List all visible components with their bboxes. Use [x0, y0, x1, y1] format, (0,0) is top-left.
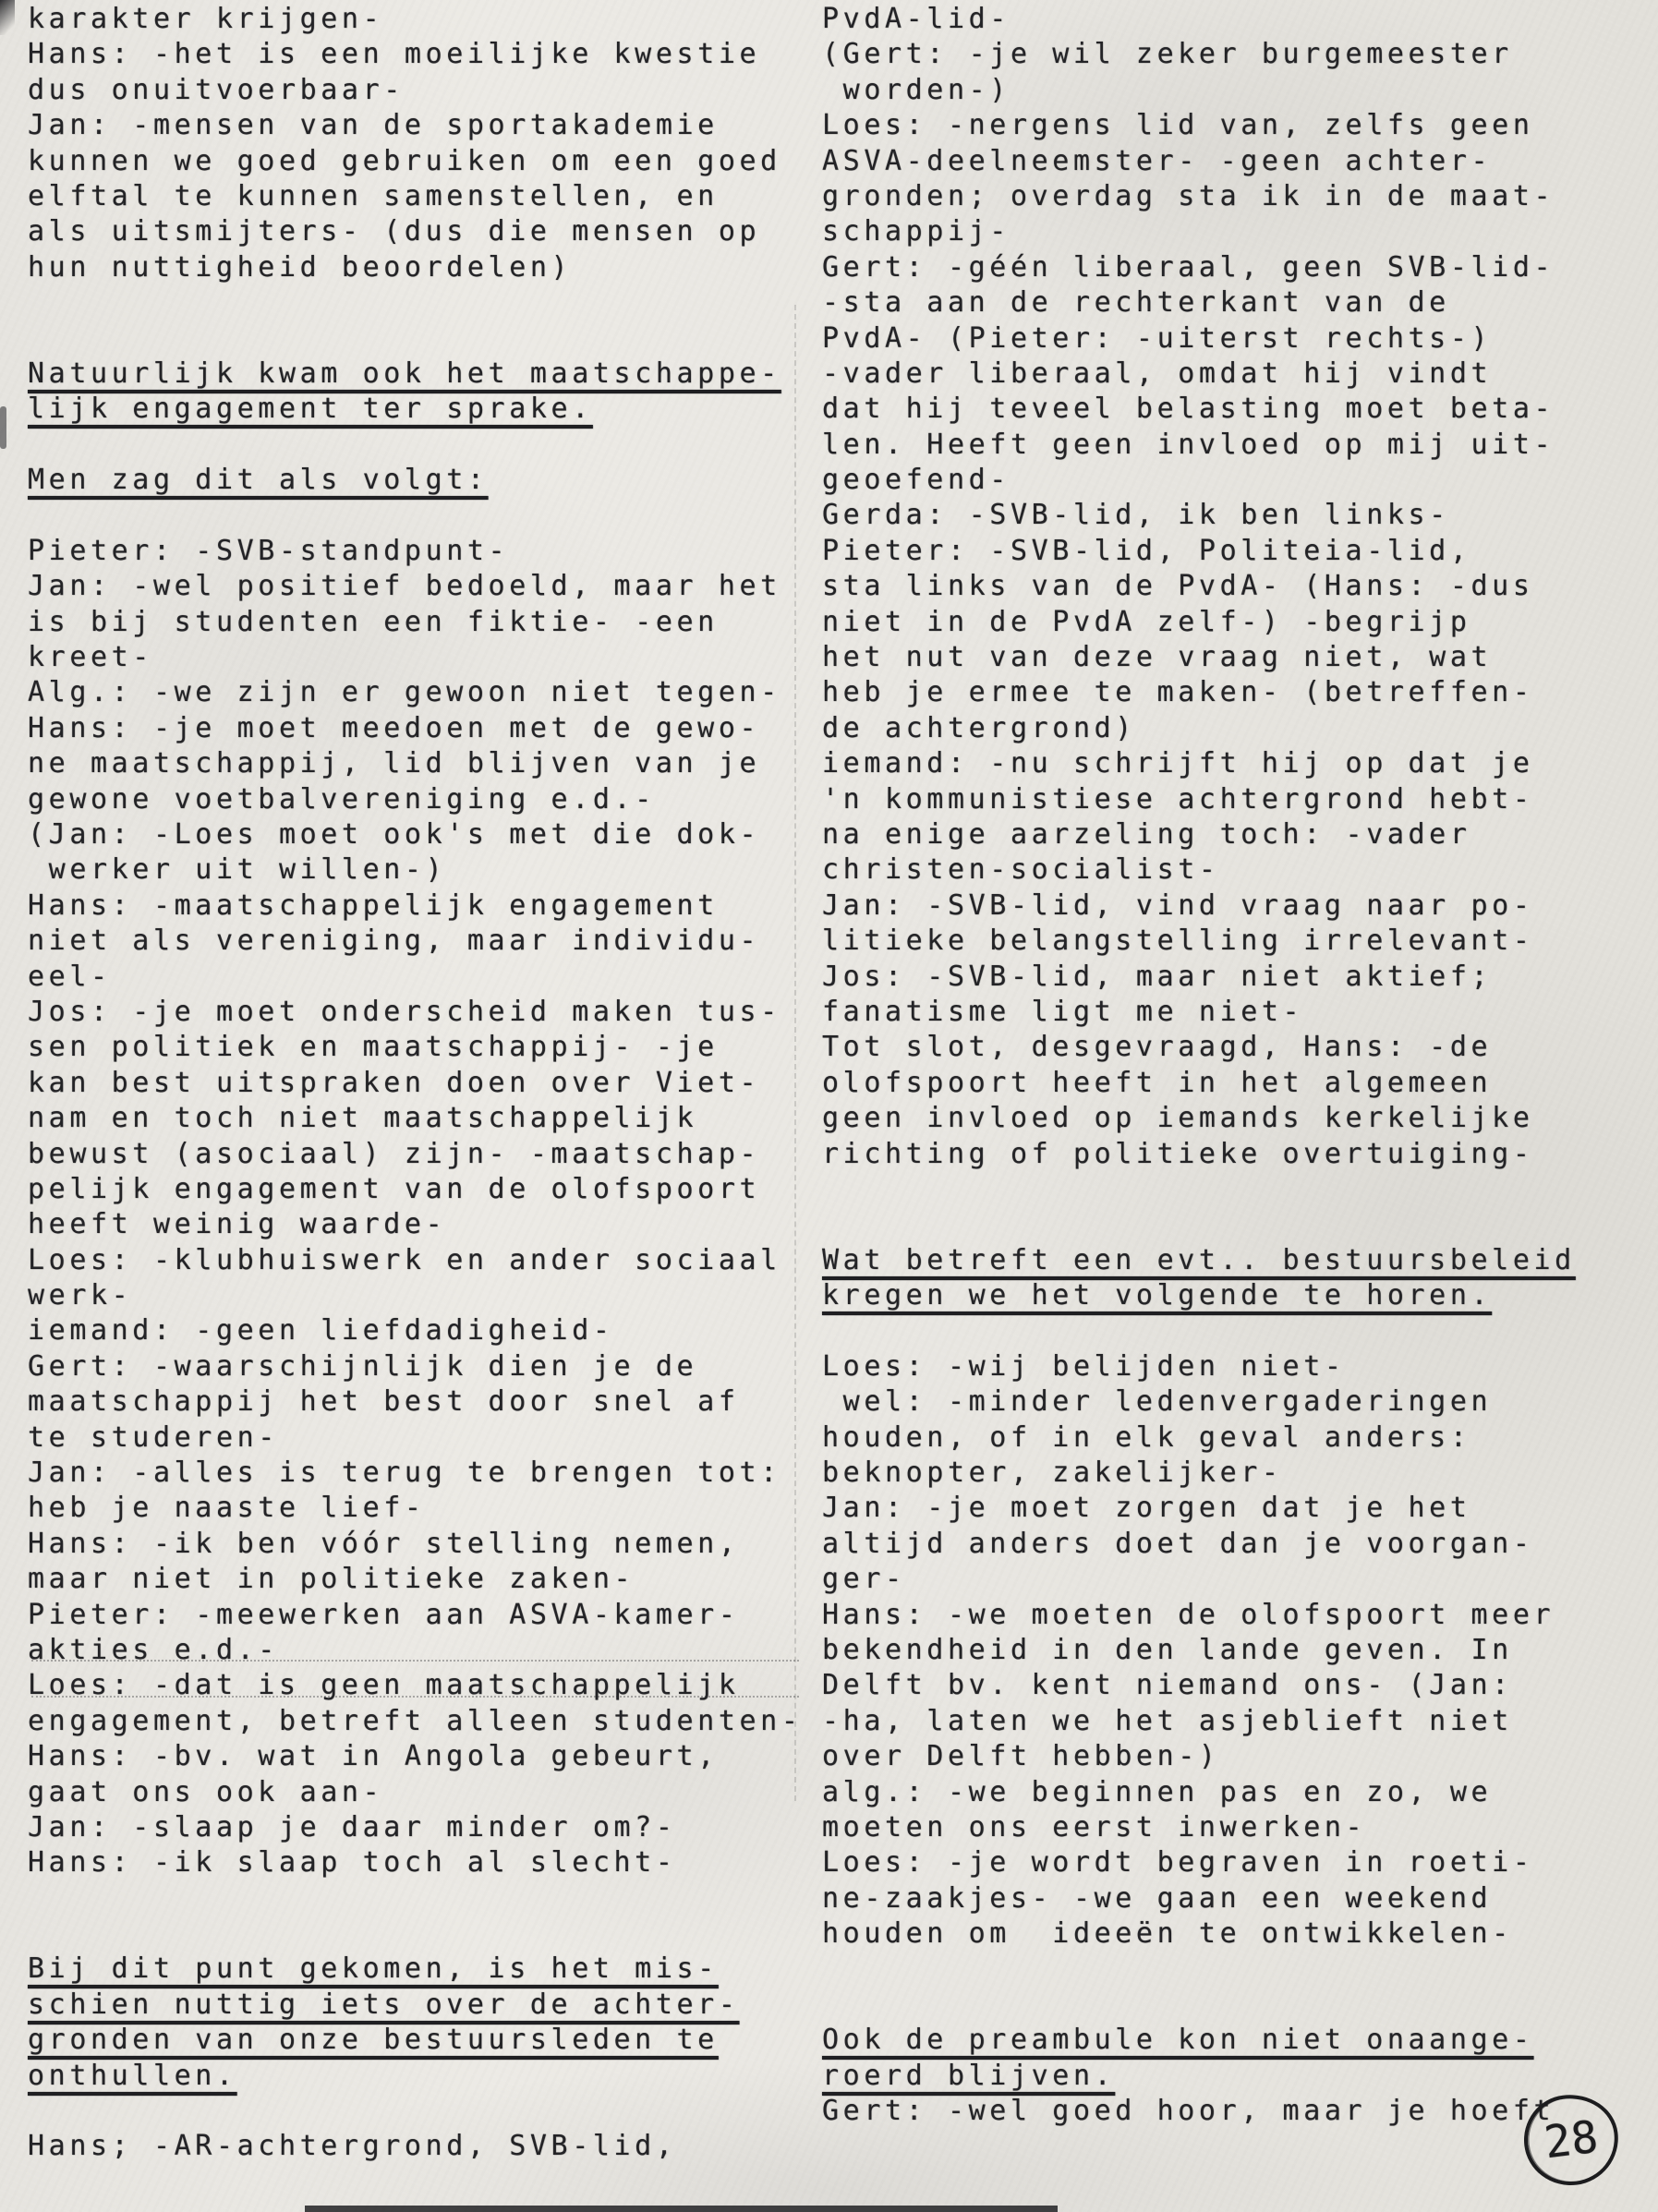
text-line	[822, 1952, 1640, 1987]
text-line: worden-)	[822, 73, 1640, 108]
text-line: Gert: -wel goed hoor, maar je hoeft	[822, 2094, 1640, 2129]
text-line: 'n kommunistiese achtergrond hebt-	[822, 782, 1640, 817]
text-line: iemand: -nu schrijft hij op dat je	[822, 746, 1640, 781]
heading-line: Bij dit punt gekomen, is het mis-	[28, 1952, 799, 1987]
text-line: Pieter: -SVB-standpunt-	[28, 534, 799, 569]
text-line: olofspoort heeft in het algemeen	[822, 1066, 1640, 1101]
text-line: het nut van deze vraag niet, wat	[822, 640, 1640, 675]
text-line: Hans: -ik ben vóór stelling nemen,	[28, 1527, 799, 1562]
text-line: geen invloed op iemands kerkelijke	[822, 1101, 1640, 1136]
text-line: Gert: -géén liberaal, geen SVB-lid-	[822, 250, 1640, 285]
text-line: -ha, laten we het asjeblieft niet	[822, 1704, 1640, 1739]
text-line: maar niet in politieke zaken-	[28, 1562, 799, 1597]
heading-line: schien nuttig iets over de achter-	[28, 1988, 799, 2023]
text-line: gaat ons ook aan-	[28, 1775, 799, 1810]
text-line: beknopter, zakelijker-	[822, 1456, 1640, 1491]
text-line	[28, 498, 799, 533]
text-line: heb je ermee te maken- (betreffen-	[822, 675, 1640, 710]
text-line: sen politiek en maatschappij- -je	[28, 1030, 799, 1065]
text-line: niet als vereniging, maar individu-	[28, 924, 799, 959]
heading-line: Men zag dit als volgt:	[28, 463, 799, 498]
text-line: eel-	[28, 960, 799, 995]
text-line: kan best uitspraken doen over Viet-	[28, 1066, 799, 1101]
text-line	[28, 285, 799, 320]
text-line: Hans; -AR-achtergrond, SVB-lid,	[28, 2129, 799, 2164]
text-line: te studeren-	[28, 1420, 799, 1456]
text-line: Jan: -slaap je daar minder om?-	[28, 1810, 799, 1845]
text-line: kreet-	[28, 640, 799, 675]
heading-line: lijk engagement ter sprake.	[28, 392, 799, 427]
left-text-column: karakter krijgen-Hans: -het is een moeil…	[28, 2, 799, 2165]
text-line: dat hij teveel belasting moet beta-	[822, 392, 1640, 427]
text-line: Gerda: -SVB-lid, ik ben links-	[822, 498, 1640, 533]
scan-artifact-bottom-bar	[305, 2206, 1058, 2212]
text-line: heb je naaste lief-	[28, 1491, 799, 1526]
text-line: Loes: -nergens lid van, zelfs geen	[822, 108, 1640, 143]
text-line	[822, 1207, 1640, 1242]
text-line: werk-	[28, 1278, 799, 1313]
text-line	[822, 1988, 1640, 2023]
text-line: Jan: -je moet zorgen dat je het	[822, 1491, 1640, 1526]
text-line: Tot slot, desgevraagd, Hans: -de	[822, 1030, 1640, 1065]
text-line: houden, of in elk geval anders:	[822, 1420, 1640, 1456]
text-line: fanatisme ligt me niet-	[822, 995, 1640, 1030]
text-line: -vader liberaal, omdat hij vindt	[822, 357, 1640, 392]
text-line: ASVA-deelneemster- -geen achter-	[822, 144, 1640, 179]
text-line: na enige aarzeling toch: -vader	[822, 817, 1640, 852]
text-line: alg.: -we beginnen pas en zo, we	[822, 1775, 1640, 1810]
text-line	[28, 2094, 799, 2129]
text-line: Loes: -wij belijden niet-	[822, 1349, 1640, 1384]
text-line: Jan: -alles is terug te brengen tot:	[28, 1456, 799, 1491]
heading-line: onthullen.	[28, 2059, 799, 2094]
heading-line: Wat betreft een evt.. bestuursbeleid	[822, 1243, 1640, 1278]
text-line: heeft weinig waarde-	[28, 1207, 799, 1242]
text-line: Hans: -ik slaap toch al slecht-	[28, 1845, 799, 1880]
text-line: geoefend-	[822, 463, 1640, 498]
text-line: pelijk engagement van de olofspoort	[28, 1172, 799, 1207]
text-line: Hans: -je moet meedoen met de gewo-	[28, 711, 799, 746]
text-line: ger-	[822, 1562, 1640, 1597]
text-line: werker uit willen-)	[28, 852, 799, 888]
text-line: Gert: -waarschijnlijk dien je de	[28, 1349, 799, 1384]
text-line: hun nuttigheid beoordelen)	[28, 250, 799, 285]
text-line: Loes: -dat is geen maatschappelijk	[28, 1668, 799, 1703]
text-line: Alg.: -we zijn er gewoon niet tegen-	[28, 675, 799, 710]
text-line	[28, 1916, 799, 1952]
text-line: (Gert: -je wil zeker burgemeester	[822, 37, 1640, 72]
text-line: christen-socialist-	[822, 852, 1640, 888]
text-line: PvdA- (Pieter: -uiterst rechts-)	[822, 321, 1640, 357]
text-line: nam en toch niet maatschappelijk	[28, 1101, 799, 1136]
text-line: als uitsmijters- (dus die mensen op	[28, 214, 799, 249]
heading-line: Natuurlijk kwam ook het maatschappe-	[28, 357, 799, 392]
text-line: karakter krijgen-	[28, 2, 799, 37]
text-line: Delft bv. kent niemand ons- (Jan:	[822, 1668, 1640, 1703]
text-line: litieke belangstelling irrelevant-	[822, 924, 1640, 959]
text-line: iemand: -geen liefdadigheid-	[28, 1313, 799, 1348]
right-text-column: PvdA-lid-(Gert: -je wil zeker burgemeest…	[822, 2, 1640, 2129]
text-line: Hans: -bv. wat in Angola gebeurt,	[28, 1739, 799, 1774]
text-line: maatschappij het best door snel af	[28, 1384, 799, 1420]
text-line: Hans: -we moeten de olofspoort meer	[822, 1598, 1640, 1633]
text-line: akties e.d.-	[28, 1633, 799, 1668]
text-line: richting of politieke overtuiging-	[822, 1137, 1640, 1172]
text-line: Pieter: -meewerken aan ASVA-kamer-	[28, 1598, 799, 1633]
heading-line: Ook de preambule kon niet onaange-	[822, 2023, 1640, 2058]
text-line: schappij-	[822, 214, 1640, 249]
text-line: Jos: -SVB-lid, maar niet aktief;	[822, 960, 1640, 995]
heading-line: kregen we het volgende te horen.	[822, 1278, 1640, 1313]
text-line: kunnen we goed gebruiken om een goed	[28, 144, 799, 179]
text-line: over Delft hebben-)	[822, 1739, 1640, 1774]
text-line: bewust (asociaal) zijn- -maatschap-	[28, 1137, 799, 1172]
text-line: niet in de PvdA zelf-) -begrijp	[822, 605, 1640, 640]
text-line: Jos: -je moet onderscheid maken tus-	[28, 995, 799, 1030]
text-line: engagement, betreft alleen studenten-	[28, 1704, 799, 1739]
column-separator-crease	[794, 305, 796, 1801]
text-line	[822, 1172, 1640, 1207]
text-line: is bij studenten een fiktie- -een	[28, 605, 799, 640]
text-line: Jan: -SVB-lid, vind vraag naar po-	[822, 888, 1640, 924]
text-line: gewone voetbalvereniging e.d.-	[28, 782, 799, 817]
text-line: (Jan: -Loes moet ook's met die dok-	[28, 817, 799, 852]
text-line	[822, 1313, 1640, 1348]
text-line: altijd anders doet dan je voorgan-	[822, 1527, 1640, 1562]
heading-line: gronden van onze bestuursleden te	[28, 2023, 799, 2058]
text-line: PvdA-lid-	[822, 2, 1640, 37]
scanned-document-page: karakter krijgen-Hans: -het is een moeil…	[0, 0, 1658, 2212]
page-number: 28	[1542, 2111, 1601, 2170]
text-line: sta links van de PvdA- (Hans: -dus	[822, 569, 1640, 604]
text-line: ne-zaakjes- -we gaan een weekend	[822, 1881, 1640, 1916]
scan-artifact-top-left	[0, 0, 15, 35]
text-line	[28, 321, 799, 357]
text-line: Loes: -klubhuiswerk en ander sociaal	[28, 1243, 799, 1278]
text-line: len. Heeft geen invloed op mij uit-	[822, 428, 1640, 463]
heading-line: roerd blijven.	[822, 2059, 1640, 2094]
text-line: Jan: -wel positief bedoeld, maar het	[28, 569, 799, 604]
text-line: de achtergrond)	[822, 711, 1640, 746]
text-line: wel: -minder ledenvergaderingen	[822, 1384, 1640, 1420]
text-line	[28, 428, 799, 463]
text-line: houden om ideeën te ontwikkelen-	[822, 1916, 1640, 1952]
text-line: moeten ons eerst inwerken-	[822, 1810, 1640, 1845]
text-line	[28, 1881, 799, 1916]
text-line: Hans: -maatschappelijk engagement	[28, 888, 799, 924]
scan-artifact-left-edge	[0, 406, 6, 449]
text-line: -sta aan de rechterkant van de	[822, 285, 1640, 320]
text-line: dus onuitvoerbaar-	[28, 73, 799, 108]
text-line: ne maatschappij, lid blijven van je	[28, 746, 799, 781]
text-line: bekendheid in den lande geven. In	[822, 1633, 1640, 1668]
text-line: gronden; overdag sta ik in de maat-	[822, 179, 1640, 214]
text-line: Loes: -je wordt begraven in roeti-	[822, 1845, 1640, 1880]
text-line: Pieter: -SVB-lid, Politeia-lid,	[822, 534, 1640, 569]
text-line: Jan: -mensen van de sportakademie	[28, 108, 799, 143]
text-line: elftal te kunnen samenstellen, en	[28, 179, 799, 214]
text-line: Hans: -het is een moeilijke kwestie	[28, 37, 799, 72]
